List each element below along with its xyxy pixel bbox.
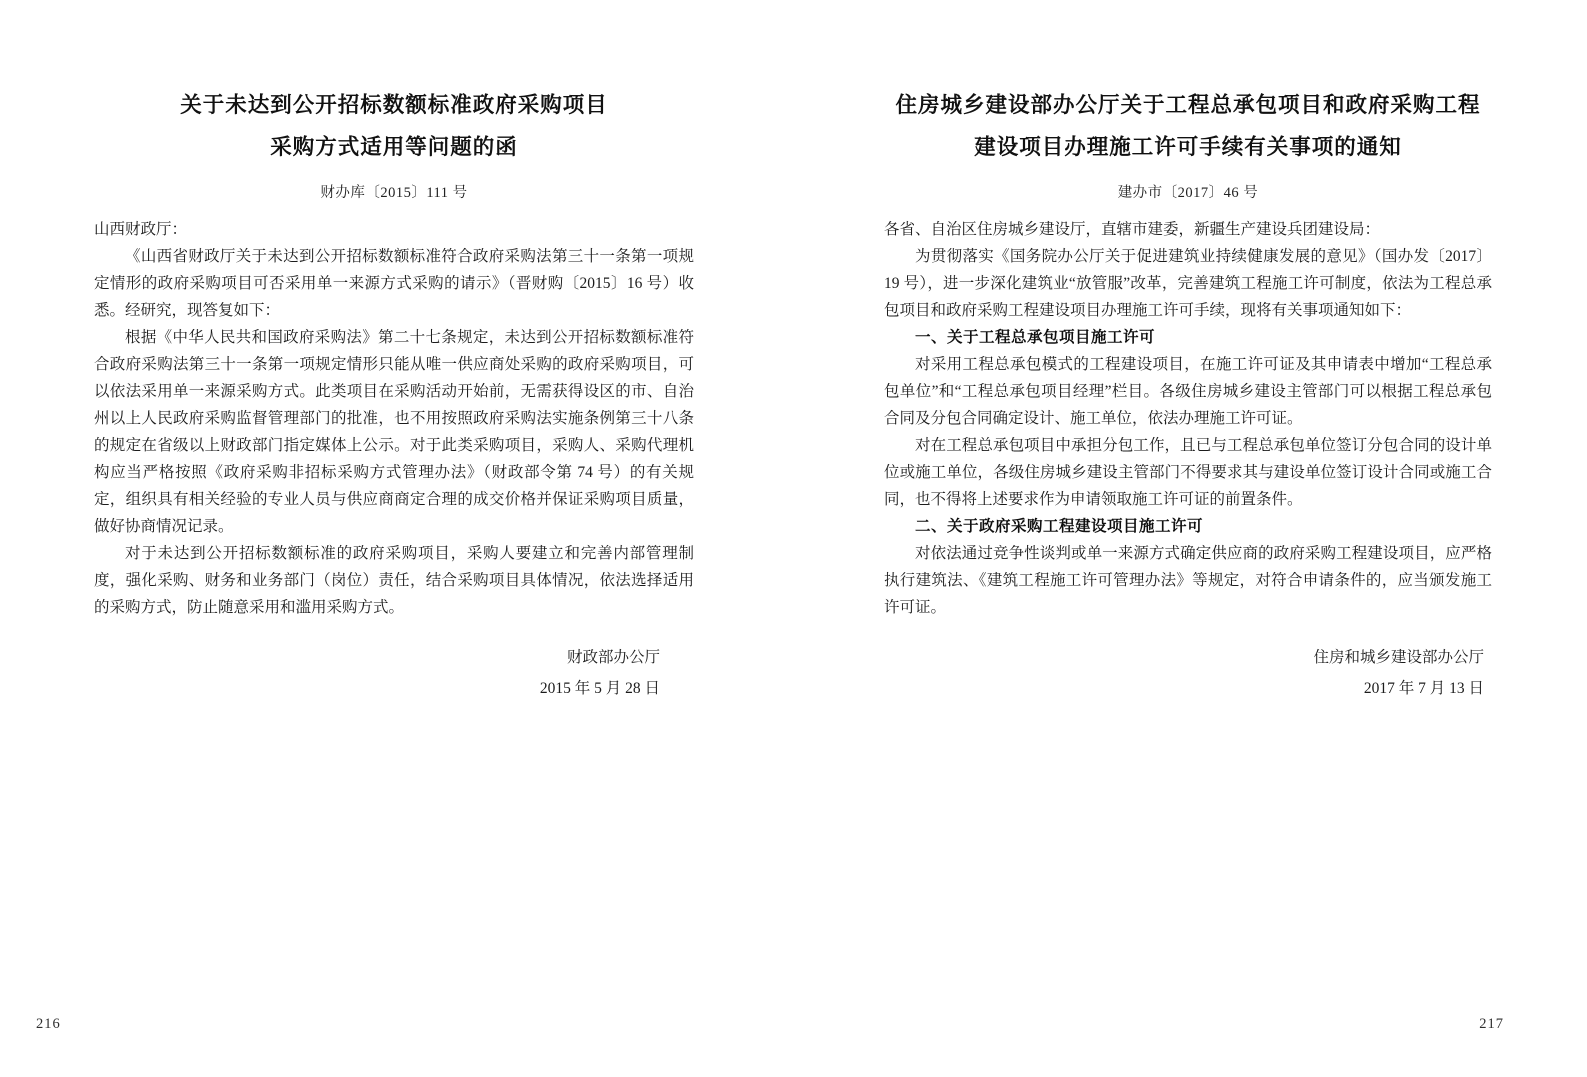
left-signature-date: 2015 年 5 月 28 日 [94, 673, 660, 704]
right-doc-title-line1: 住房城乡建设部办公厅关于工程总承包项目和政府采购工程 [884, 84, 1492, 126]
right-doc-number: 建办市〔2017〕46 号 [884, 181, 1492, 201]
left-doc-title-line2: 采购方式适用等问题的函 [94, 126, 694, 168]
right-section1-paragraph-2: 对在工程总承包项目中承担分包工作，且已与工程总承包单位签订分包合同的设计单位或施… [884, 432, 1492, 513]
right-doc-title-line2: 建设项目办理施工许可手续有关事项的通知 [884, 126, 1492, 168]
left-doc-body: 山西财政厅： 《山西省财政厅关于未达到公开招标数额标准符合政府采购法第三十一条第… [94, 216, 694, 621]
book-spread: 关于未达到公开招标数额标准政府采购项目 采购方式适用等问题的函 财办库〔2015… [0, 0, 1587, 1077]
right-section2-paragraph-1: 对依法通过竞争性谈判或单一来源方式确定供应商的政府采购工程建设项目，应严格执行建… [884, 540, 1492, 621]
left-signature-org: 财政部办公厅 [94, 642, 660, 673]
right-signature-org: 住房和城乡建设部办公厅 [884, 642, 1484, 673]
page-left: 关于未达到公开招标数额标准政府采购项目 采购方式适用等问题的函 财办库〔2015… [0, 0, 793, 1077]
right-salutation: 各省、自治区住房城乡建设厅，直辖市建委，新疆生产建设兵团建设局： [884, 216, 1492, 243]
left-salutation: 山西财政厅： [94, 216, 694, 243]
left-doc-number: 财办库〔2015〕111 号 [94, 181, 694, 201]
right-section1-heading: 一、关于工程总承包项目施工许可 [884, 324, 1492, 351]
left-paragraph-2: 根据《中华人民共和国政府采购法》第二十七条规定，未达到公开招标数额标准符合政府采… [94, 324, 694, 540]
right-section2-heading: 二、关于政府采购工程建设项目施工许可 [884, 513, 1492, 540]
left-page-number: 216 [36, 1016, 61, 1033]
right-section1-paragraph-1: 对采用工程总承包模式的工程建设项目，在施工许可证及其申请表中增加“工程总承包单位… [884, 351, 1492, 432]
right-doc-body: 各省、自治区住房城乡建设厅，直辖市建委，新疆生产建设兵团建设局： 为贯彻落实《国… [884, 216, 1492, 621]
left-doc-title: 关于未达到公开招标数额标准政府采购项目 采购方式适用等问题的函 [94, 84, 694, 168]
right-page-number: 217 [1479, 1016, 1504, 1033]
left-paragraph-1: 《山西省财政厅关于未达到公开招标数额标准符合政府采购法第三十一条第一项规定情形的… [94, 243, 694, 324]
left-doc-title-line1: 关于未达到公开招标数额标准政府采购项目 [94, 84, 694, 126]
right-doc-title: 住房城乡建设部办公厅关于工程总承包项目和政府采购工程 建设项目办理施工许可手续有… [884, 84, 1492, 168]
right-intro-paragraph: 为贯彻落实《国务院办公厅关于促进建筑业持续健康发展的意见》（国办发〔2017〕1… [884, 243, 1492, 324]
left-paragraph-3: 对于未达到公开招标数额标准的政府采购项目，采购人要建立和完善内部管理制度，强化采… [94, 540, 694, 621]
left-signature-block: 财政部办公厅 2015 年 5 月 28 日 [94, 642, 694, 704]
right-signature-block: 住房和城乡建设部办公厅 2017 年 7 月 13 日 [884, 642, 1492, 704]
right-signature-date: 2017 年 7 月 13 日 [884, 673, 1484, 704]
page-right: 住房城乡建设部办公厅关于工程总承包项目和政府采购工程 建设项目办理施工许可手续有… [793, 0, 1586, 1077]
